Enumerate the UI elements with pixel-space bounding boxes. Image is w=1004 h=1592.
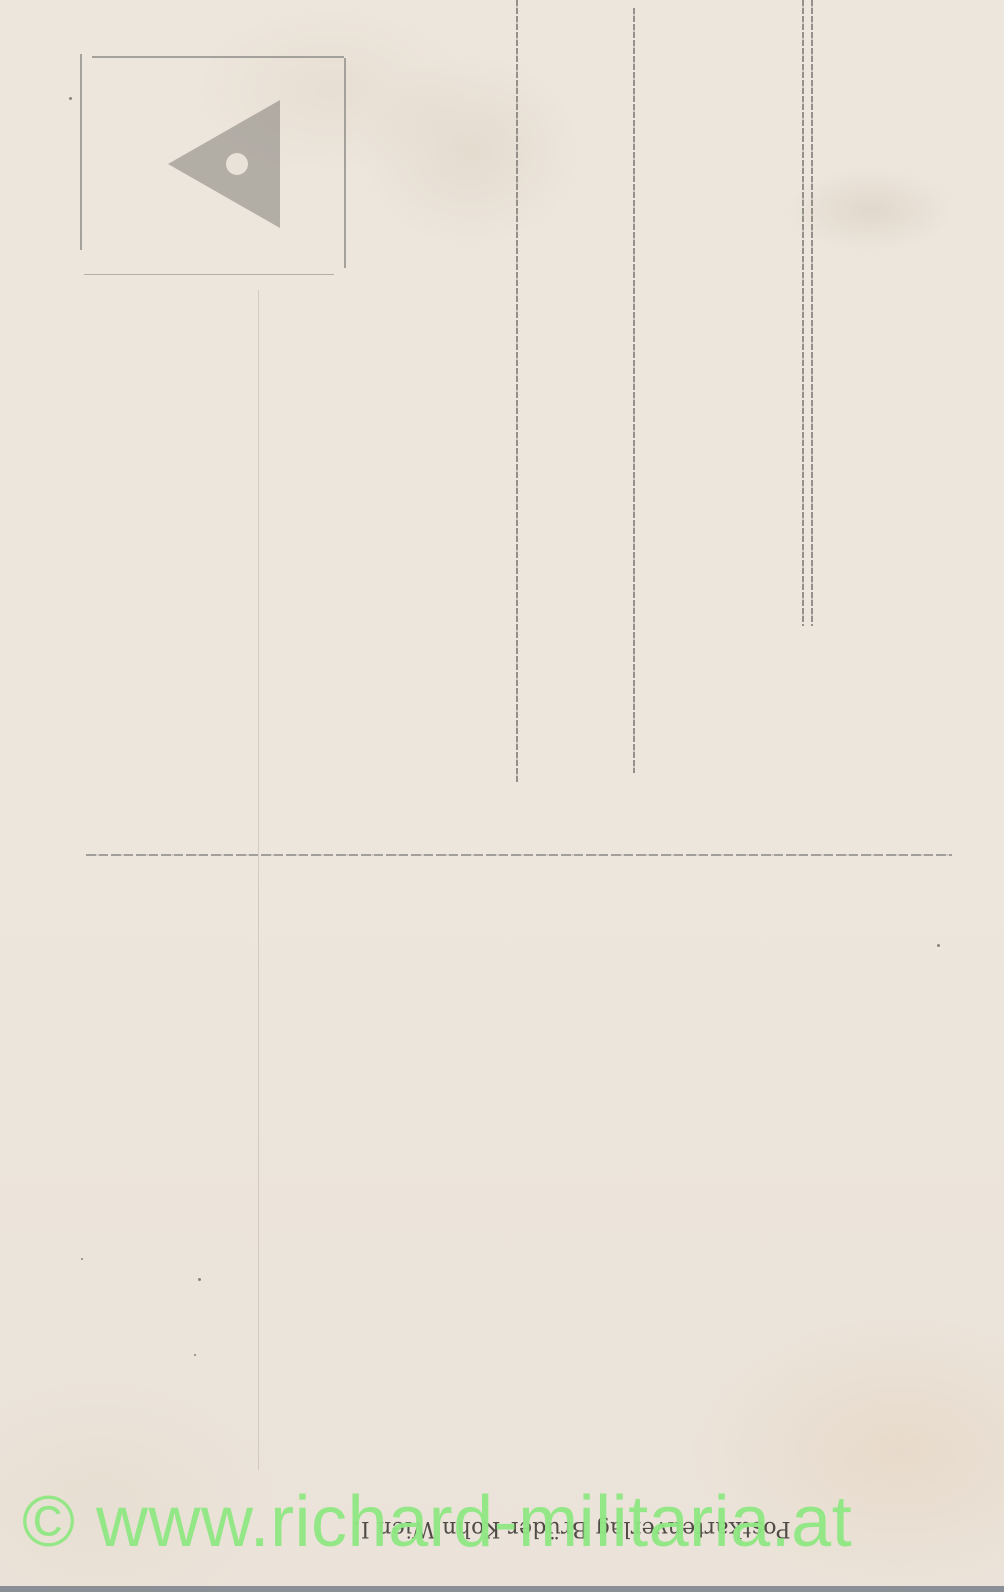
paper-speck <box>198 1278 201 1281</box>
address-line-1 <box>516 0 518 782</box>
address-line-3b <box>811 0 813 626</box>
triangle-center-dot <box>226 153 248 175</box>
copyright-watermark: © www.richard-militaria.at <box>22 1486 852 1558</box>
stamp-box-right-edge <box>344 58 346 268</box>
scan-background-edge <box>0 1586 1004 1592</box>
postcard-back: Postkartenverlag Brüder Kohn Wien I. © w… <box>0 0 1004 1586</box>
paper-speck <box>81 1258 83 1260</box>
paper-speck <box>69 97 72 100</box>
horizontal-divider-line <box>86 854 952 856</box>
stamp-box-top-edge <box>92 56 344 58</box>
stamp-box-left-edge <box>80 54 82 250</box>
triangle-stamp-placeholder-icon <box>168 100 280 228</box>
stamp-box-bottom-edge <box>84 274 334 275</box>
stamp-box <box>80 54 348 278</box>
paper-speck <box>194 1354 196 1356</box>
address-line-2 <box>633 8 635 773</box>
paper-speck <box>937 944 940 947</box>
address-line-3a <box>802 0 804 626</box>
faint-vertical-crease <box>258 290 259 1470</box>
